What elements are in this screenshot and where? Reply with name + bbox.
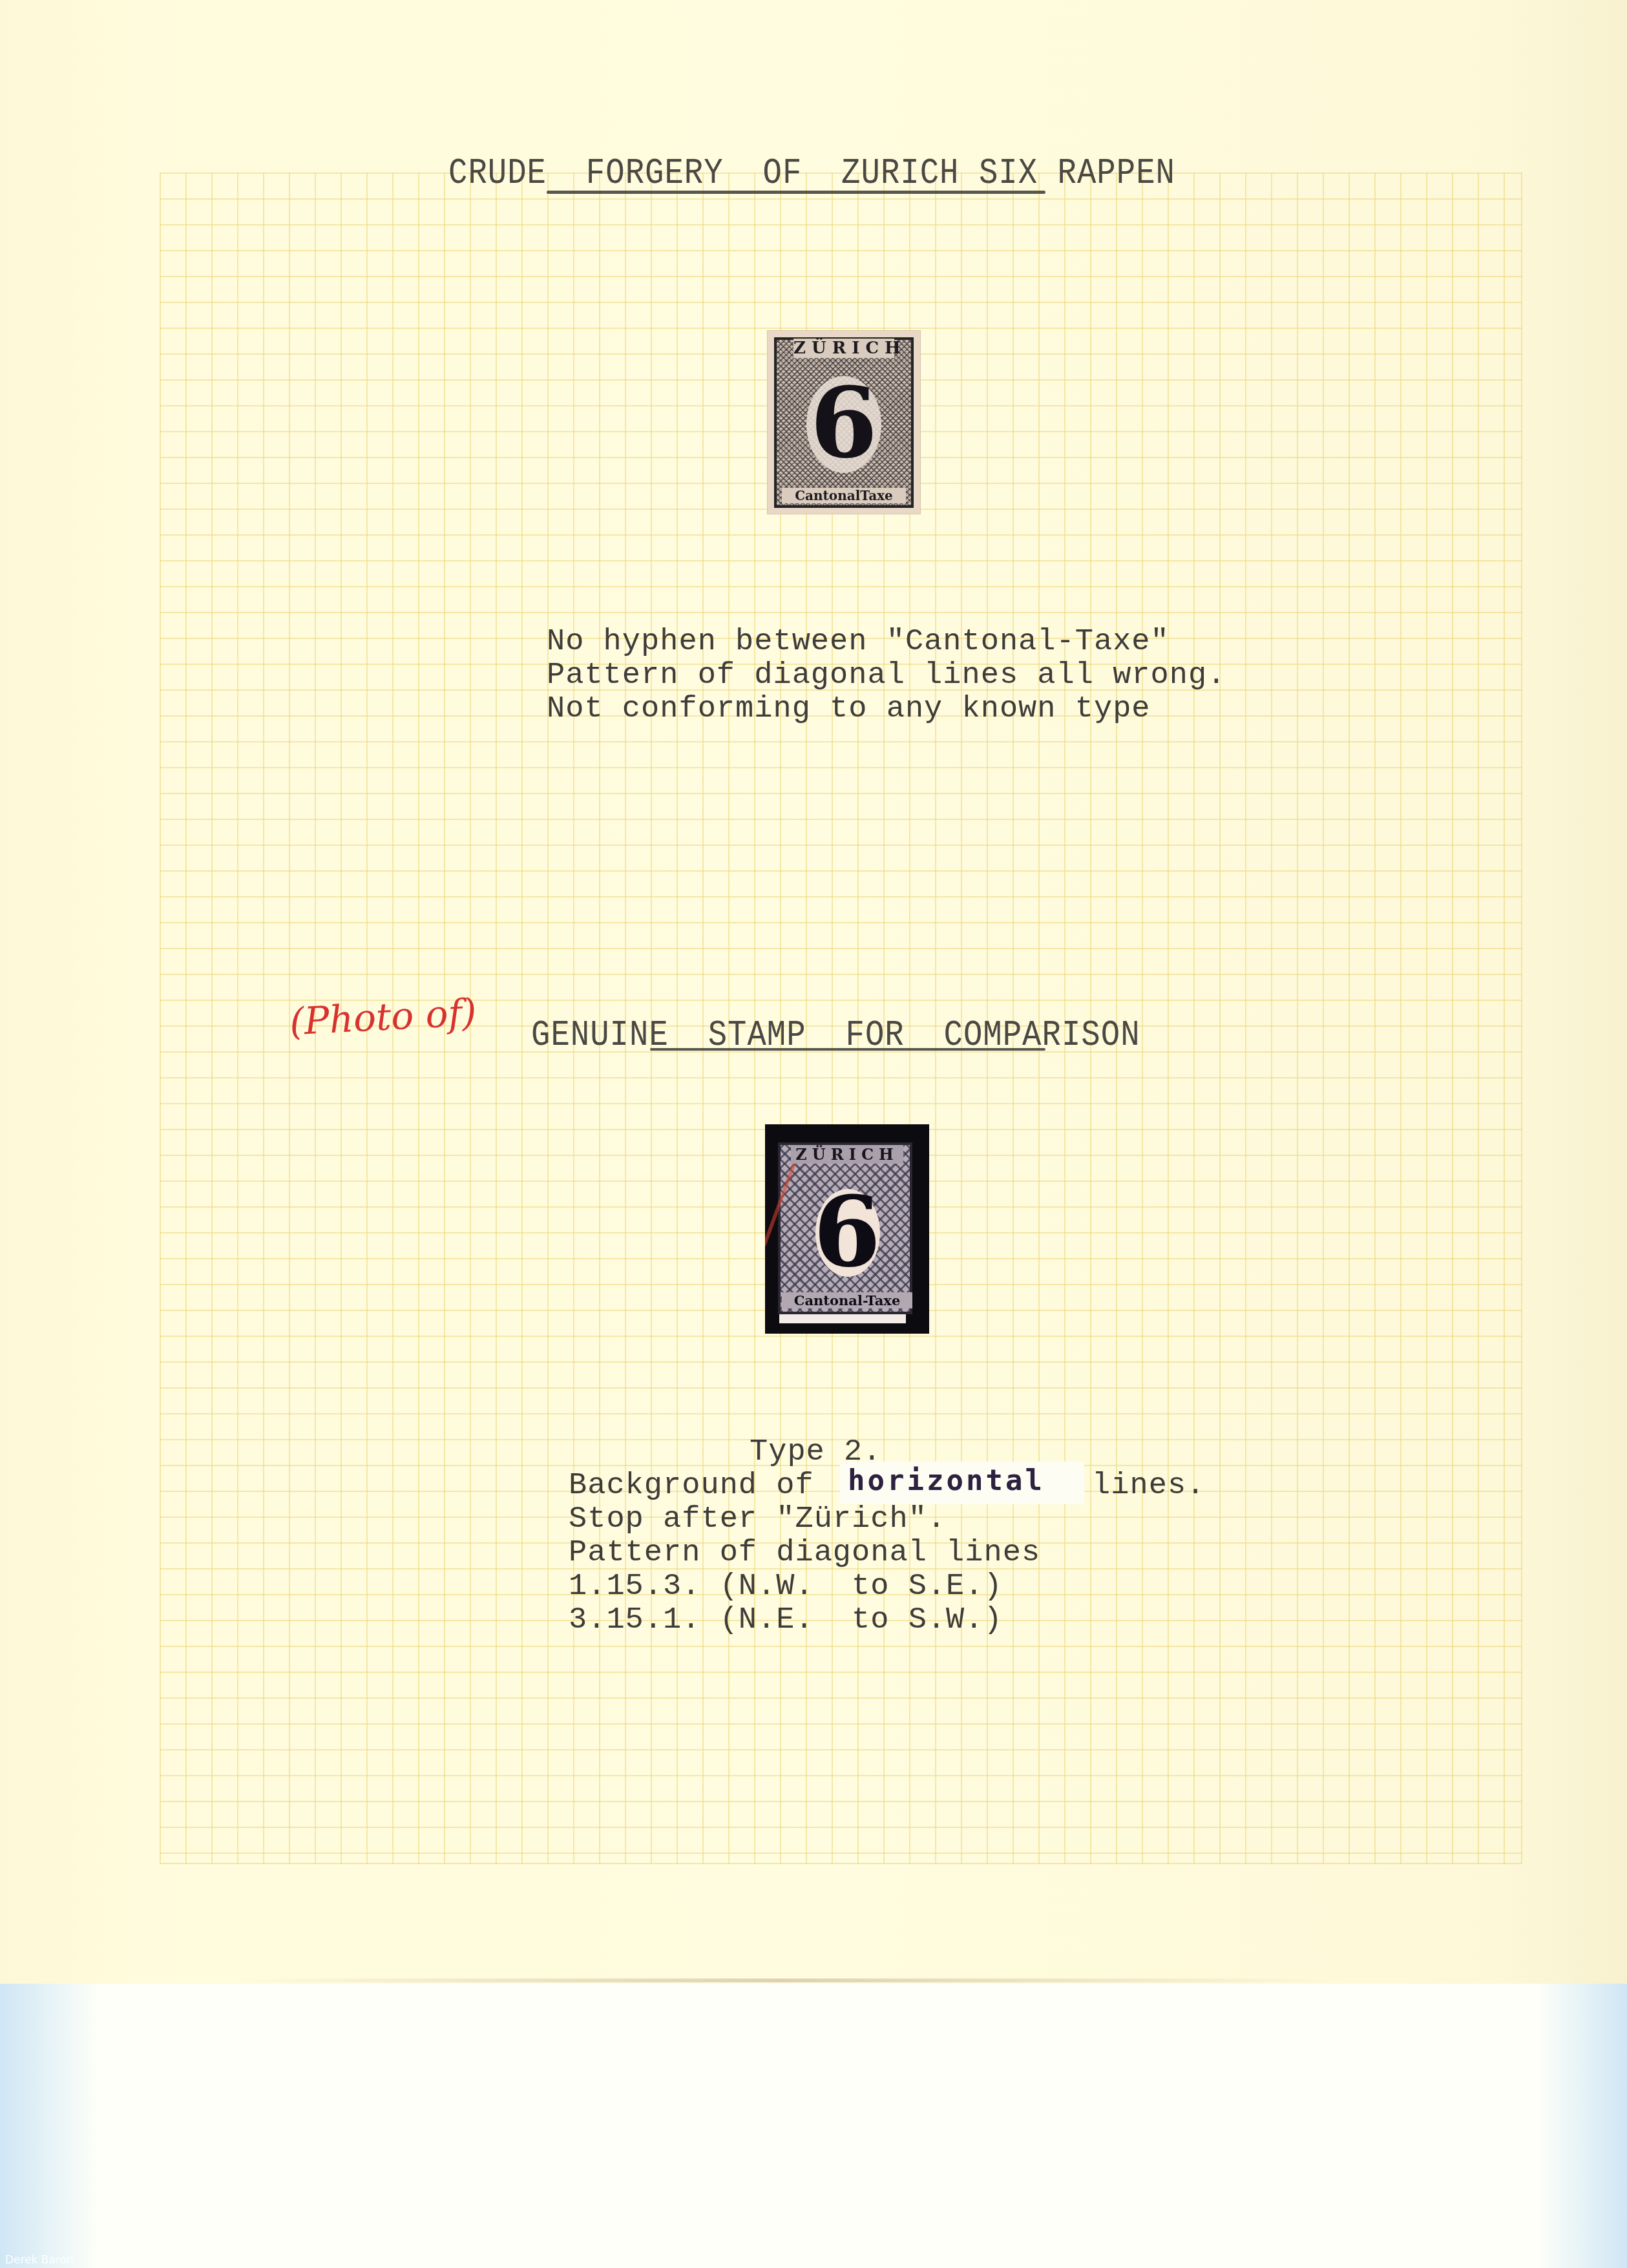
forgery-heading: CRUDE FORGERY OF ZURICH SIX RAPPEN bbox=[448, 152, 1175, 194]
background-suffix: lines. bbox=[1073, 1469, 1205, 1503]
forgery-stamp-digit: 6 bbox=[768, 368, 920, 478]
forgery-stamp-top-label: ZÜRICH bbox=[793, 339, 894, 358]
genuine-note-pattern: Pattern of diagonal lines bbox=[569, 1537, 1040, 1570]
forgery-note-1: No hyphen between "Cantonal-Taxe" bbox=[547, 625, 1170, 659]
genuine-stamp-photo: ZÜRICH 6 Cantonal-Taxe bbox=[765, 1124, 929, 1334]
genuine-stamp-bottom-label: Cantonal-Taxe bbox=[782, 1292, 912, 1308]
genuine-note-pattern-1: 1.15.3. (N.W. to S.E.) bbox=[569, 1570, 1003, 1604]
forgery-stamp-bottom-label: CantonalTaxe bbox=[782, 488, 906, 503]
scanner-background bbox=[0, 1984, 1627, 2268]
genuine-note-pattern-2: 3.15.1. (N.E. to S.W.) bbox=[569, 1604, 1003, 1637]
genuine-heading-underline bbox=[650, 1048, 1045, 1051]
genuine-stamp-top-label: ZÜRICH bbox=[791, 1145, 903, 1164]
album-page: CRUDE FORGERY OF ZURICH SIX RAPPEN ZÜRIC… bbox=[0, 0, 1627, 1984]
genuine-stamp-margin bbox=[779, 1314, 906, 1323]
background-prefix: Background of bbox=[569, 1469, 833, 1503]
forgery-heading-underline bbox=[547, 191, 1045, 194]
handwritten-correction-horizontal: horizontal bbox=[848, 1464, 1045, 1497]
genuine-note-stop: Stop after "Zürich". bbox=[569, 1503, 946, 1537]
forgery-note-3: Not conforming to any known type bbox=[547, 693, 1151, 726]
genuine-stamp-digit: 6 bbox=[765, 1177, 929, 1287]
forgery-note-2: Pattern of diagonal lines all wrong. bbox=[547, 659, 1226, 693]
paper-bottom-edge bbox=[233, 1979, 1331, 1982]
photographer-watermark: Derek Baron bbox=[5, 2254, 74, 2267]
forgery-stamp-image: ZÜRICH 6 CantonalTaxe bbox=[768, 331, 920, 514]
